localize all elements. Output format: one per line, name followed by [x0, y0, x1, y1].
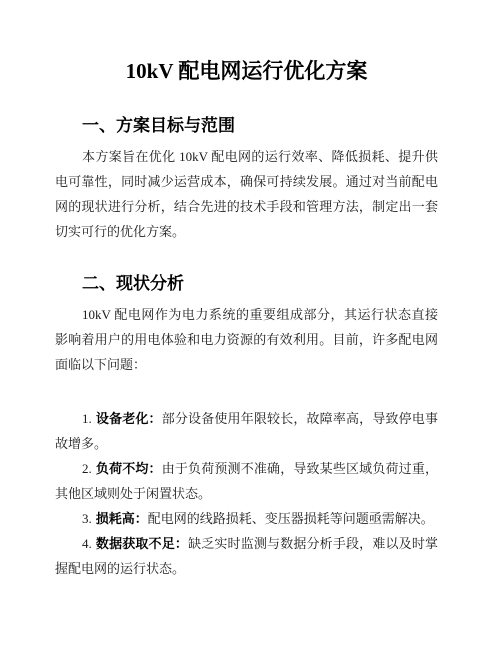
- list-item-data-insufficiency: 4.数据获取不足：缺乏实时监测与数据分析手段，难以及时掌握配电网的运行状态。: [55, 531, 438, 581]
- item-term: 损耗高：: [96, 511, 148, 526]
- goals-paragraph: 本方案旨在优化 10kV 配电网的运行效率、降低损耗、提升供电可靠性，同时减少运…: [55, 144, 438, 244]
- item-term: 负荷不均：: [96, 461, 162, 476]
- item-number: 4.: [82, 536, 92, 551]
- item-number: 3.: [82, 511, 92, 526]
- item-term: 设备老化：: [96, 411, 162, 426]
- list-item-high-loss: 3.损耗高：配电网的线路损耗、变压器损耗等问题亟需解决。: [55, 506, 438, 531]
- item-text: 配电网的线路损耗、变压器损耗等问题亟需解决。: [148, 511, 434, 526]
- issue-list: 1.设备老化：部分设备使用年限较长，故障率高，导致停电事故增多。 2.负荷不均：…: [55, 406, 438, 581]
- document-page: 10kV 配电网运行优化方案 一、方案目标与范围 本方案旨在优化 10kV 配电…: [0, 0, 500, 647]
- document-title: 10kV 配电网运行优化方案: [55, 56, 438, 86]
- analysis-paragraph: 10kV 配电网作为电力系统的重要组成部分，其运行状态直接影响着用户的用电体验和…: [55, 302, 438, 377]
- list-item-equipment-aging: 1.设备老化：部分设备使用年限较长，故障率高，导致停电事故增多。: [55, 406, 438, 456]
- item-term: 数据获取不足：: [96, 536, 188, 551]
- section-heading-goals: 一、方案目标与范围: [55, 116, 438, 135]
- item-number: 2.: [82, 461, 92, 476]
- list-item-load-imbalance: 2.负荷不均：由于负荷预测不准确，导致某些区域负荷过重，其他区域则处于闲置状态。: [55, 456, 438, 506]
- item-number: 1.: [82, 411, 92, 426]
- section-heading-analysis: 二、现状分析: [55, 274, 438, 293]
